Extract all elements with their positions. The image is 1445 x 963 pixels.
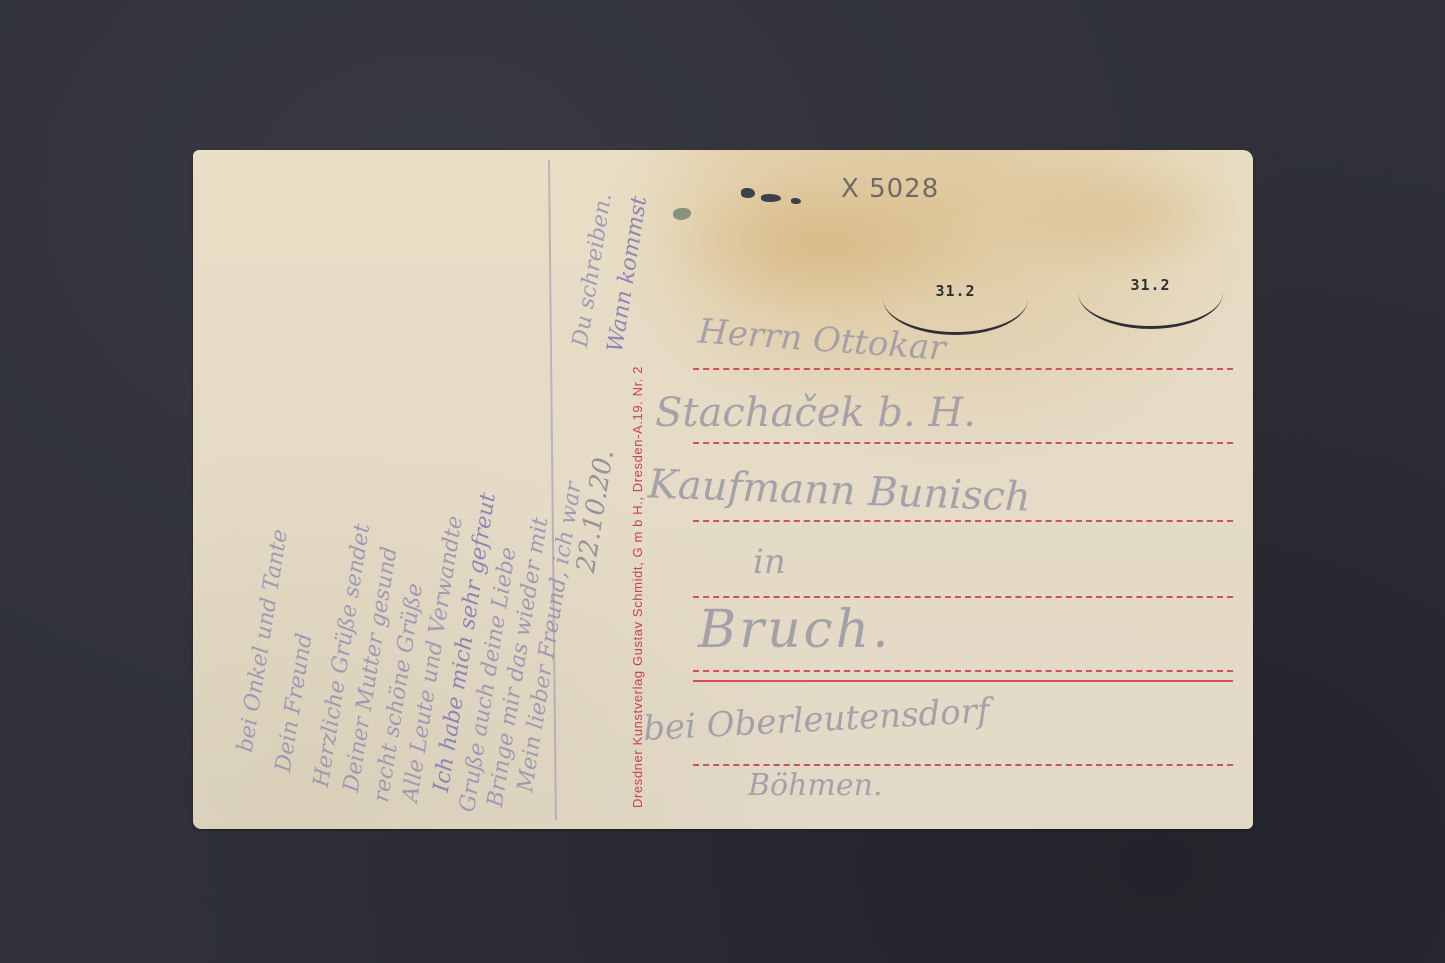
mold-spot — [673, 208, 691, 220]
postmark-date: 31.2 — [1078, 276, 1223, 294]
inventory-number: X 5028 — [841, 174, 939, 204]
publisher-imprint: Dresdner Kunstverlag Gustav Schmidt, G m… — [630, 366, 645, 808]
handwritten-address-line: bei Oberleutensdorf — [642, 691, 990, 749]
ink-spot — [761, 194, 781, 202]
pencil-divider-line — [548, 160, 556, 820]
postmark-date: 31.2 — [883, 282, 1028, 300]
address-line-solid — [693, 680, 1233, 682]
address-line — [693, 670, 1233, 672]
handwritten-address-line: Stachaček b. H. — [655, 390, 976, 436]
address-line — [693, 764, 1233, 766]
water-stain — [983, 150, 1243, 280]
handwritten-address-line: in — [753, 542, 786, 582]
postmark-right: 31.2 — [1078, 266, 1223, 329]
address-line — [693, 520, 1233, 522]
handwritten-address-line: Böhmen. — [748, 768, 883, 803]
address-line — [693, 368, 1233, 370]
address-line — [693, 442, 1233, 444]
postcard-back: X 5028 31.2 31.2 Dresdner Kunstverlag Gu… — [193, 150, 1253, 829]
ink-spot — [741, 188, 755, 198]
handwritten-address-line: Bruch. — [698, 600, 892, 660]
handwritten-address-line: Kaufmann Bunisch — [647, 461, 1031, 520]
handwritten-message-line: Dein Freund — [271, 632, 318, 774]
address-line — [693, 596, 1233, 598]
ink-spot — [791, 198, 801, 204]
